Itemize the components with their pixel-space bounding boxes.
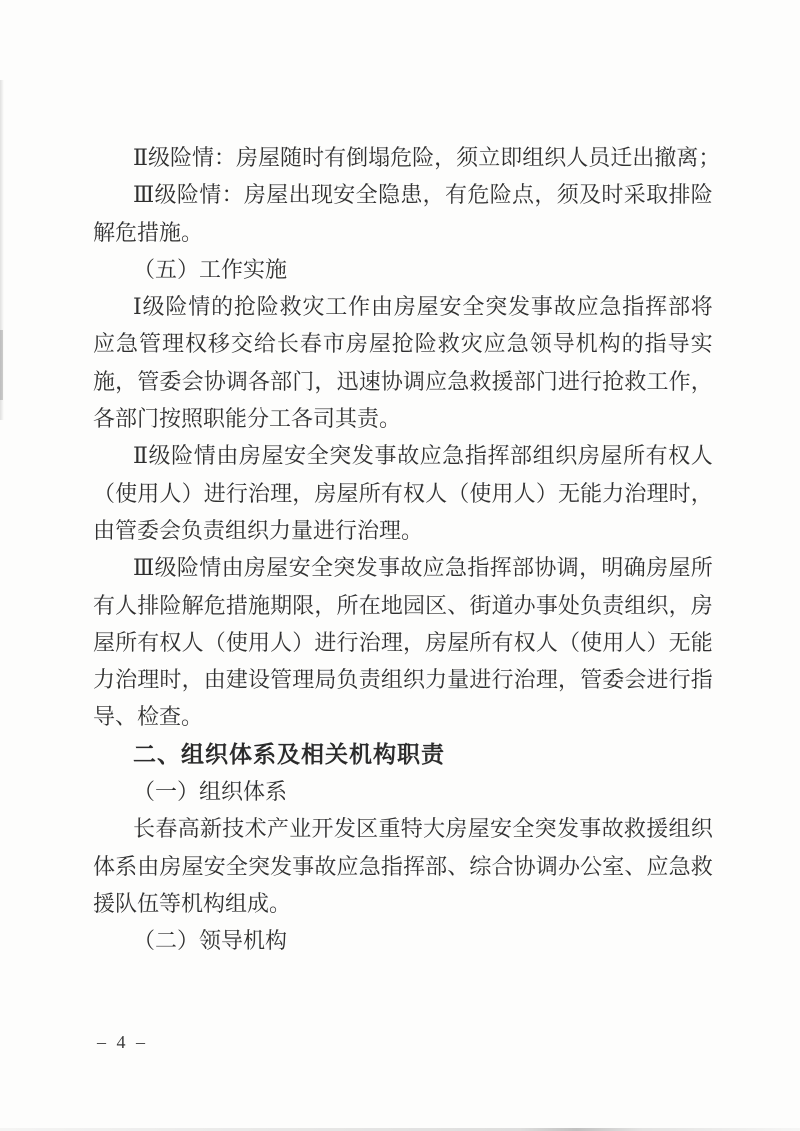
document-line: 各部门按照职能分工各司其责。 <box>93 400 713 437</box>
document-line: 导、检查。 <box>93 698 713 735</box>
document-line: 应急管理权移交给长春市房屋抢险救灾应急领导机构的指导实 <box>93 325 713 362</box>
document-line: Ⅲ级险情：房屋出现安全隐患，有危险点，须及时采取排险 <box>93 176 713 213</box>
document-line: Ⅰ级险情的抢险救灾工作由房屋安全突发事故应急指挥部将 <box>93 288 713 325</box>
document-line: 体系由房屋安全突发事故应急指挥部、综合协调办公室、应急救 <box>93 848 713 885</box>
document-line: 力治理时，由建设管理局负责组织力量进行治理，管委会进行指 <box>93 661 713 698</box>
document-line: （五）工作实施 <box>93 251 713 288</box>
document-page: Ⅱ级险情：房屋随时有倒塌危险，须立即组织人员迁出撤离；Ⅲ级险情：房屋出现安全隐患… <box>0 0 800 1131</box>
scan-smudge-artifact <box>0 330 3 400</box>
document-text-block: Ⅱ级险情：房屋随时有倒塌危险，须立即组织人员迁出撤离；Ⅲ级险情：房屋出现安全隐患… <box>93 139 713 960</box>
document-line: 解危措施。 <box>93 214 713 251</box>
document-line: （一）组织体系 <box>93 773 713 810</box>
page-number: – 4 – <box>97 1030 146 1054</box>
section-heading: 二、组织体系及相关机构职责 <box>93 736 713 773</box>
document-line: Ⅱ级险情由房屋安全突发事故应急指挥部组织房屋所有权人 <box>93 437 713 474</box>
document-line: （二）领导机构 <box>93 922 713 959</box>
document-line: 屋所有权人（使用人）进行治理，房屋所有权人（使用人）无能 <box>93 624 713 661</box>
document-line: （使用人）进行治理，房屋所有权人（使用人）无能力治理时， <box>93 475 713 512</box>
document-line: Ⅲ级险情由房屋安全突发事故应急指挥部协调，明确房屋所 <box>93 549 713 586</box>
document-line: Ⅱ级险情：房屋随时有倒塌危险，须立即组织人员迁出撤离； <box>93 139 713 176</box>
document-line: 由管委会负责组织力量进行治理。 <box>93 512 713 549</box>
document-line: 施，管委会协调各部门，迅速协调应急救援部门进行抢救工作， <box>93 363 713 400</box>
document-line: 有人排险解危措施期限，所在地园区、街道办事处负责组织，房 <box>93 587 713 624</box>
document-line: 长春高新技术产业开发区重特大房屋安全突发事故救援组织 <box>93 810 713 847</box>
document-line: 援队伍等机构组成。 <box>93 885 713 922</box>
